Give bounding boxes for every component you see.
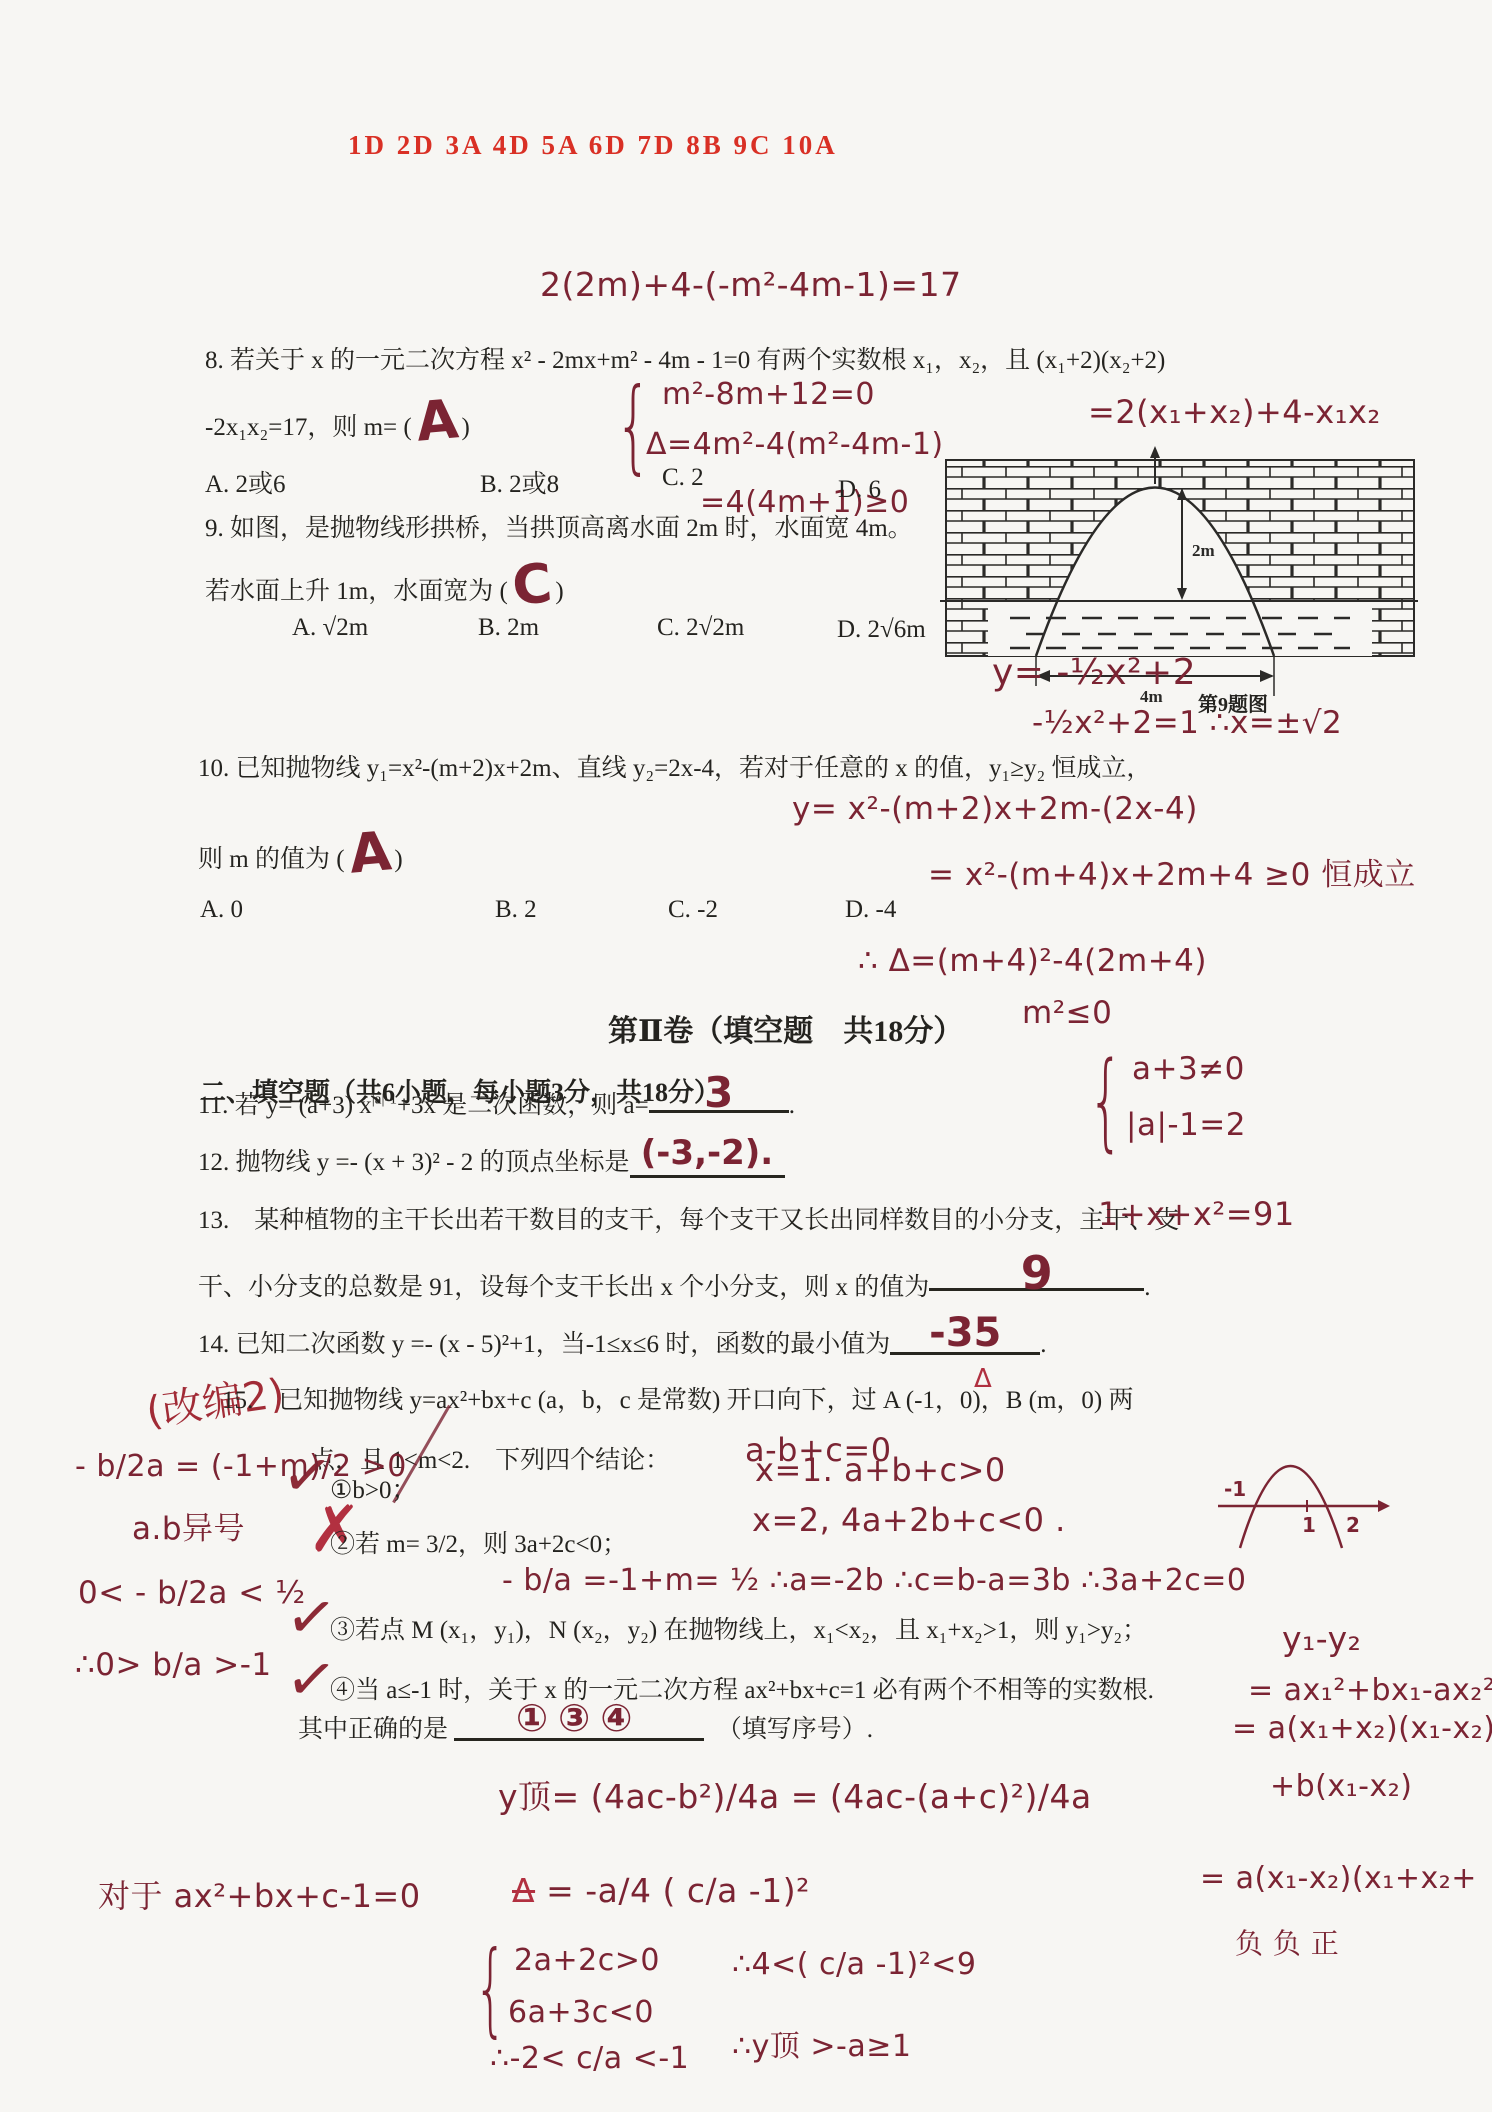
q8-option-d: D. 6	[838, 476, 881, 504]
q10-hw4: m²≤0	[1022, 996, 1112, 1032]
q15-hw-signs: 负 负 正	[1235, 1928, 1339, 1960]
q8-brace: {	[615, 366, 652, 485]
q11-post: .	[789, 1092, 795, 1119]
q15-hw-res3: ∴y顶 >-a≥1	[732, 2030, 911, 2065]
q15-hw-res1: ∴-2< c/a <-1	[490, 2042, 689, 2077]
q15-conclusion-post: （填写序号）.	[717, 1716, 873, 1743]
q14-line: 14. 已知二次函数 y =- (x - 5)²+1，当-1≤x≤6 时，函数的…	[198, 1322, 1047, 1360]
q9-hw-sum: =2(x₁+x₂)+4-x₁x₂	[1088, 394, 1381, 431]
q15-item-3: ③若点 M (x₁，y₁)，N (x₂，y₂) 在抛物线上，x₁<x₂，且 x₁…	[330, 1610, 1147, 1646]
q9-line2-pre: 若水面上升 1m，水面宽为 (	[205, 578, 508, 605]
q12-line: 12. 抛物线 y =- (x + 3)² - 2 的顶点坐标是(-3,-2).	[198, 1142, 785, 1178]
q8-line1: 8. 若关于 x 的一元二次方程 x² - 2mx+m² - 4m - 1=0 …	[205, 340, 1165, 376]
q11-blank: 3	[649, 1080, 789, 1113]
q15-conclusion-blank: ①③④	[454, 1708, 704, 1741]
q10-hw2: = x²-(m+4)x+2m+4 ≥0 恒成立	[928, 858, 1416, 894]
q10-option-b: B. 2	[495, 896, 537, 924]
q15-item-4: ④当 a≤-1 时，关于 x 的一元二次方程 ax²+bx+c=1 必有两个不相…	[330, 1670, 1154, 1706]
q11-mid: +3x 是二次函数，则 a=	[397, 1092, 649, 1119]
q14-blank: -35	[890, 1322, 1040, 1355]
q10-option-d: D. -4	[845, 896, 896, 924]
q8-option-b: B. 2或8	[480, 464, 559, 500]
q15-brace: {	[474, 1932, 507, 2049]
q11-brace: {	[1088, 1040, 1124, 1164]
q11-hw-cond1: a+3≠0	[1132, 1052, 1245, 1088]
q14-post: .	[1040, 1331, 1046, 1358]
q13-line1: 13. 某种植物的主干长出若干数目的支干，每个支干又长出同样数目的小分支，主干、…	[198, 1200, 1179, 1236]
q11-exponent: |a|-1	[372, 1092, 397, 1108]
q8-option-a: A. 2或6	[205, 464, 286, 500]
q10-option-c: C. -2	[668, 896, 718, 924]
q15-conclusion: 其中正确的是 ①③④ （填写序号）.	[298, 1708, 873, 1745]
q10-line2-post: )	[394, 846, 402, 873]
q9-option-b: B. 2m	[478, 614, 539, 642]
q14-handwritten-answer: -35	[929, 1310, 1001, 1356]
sketch-label-1: 1	[1302, 1513, 1316, 1537]
q9-option-c: C. 2√2m	[657, 614, 744, 642]
q15-hw-vertex: y顶= (4ac-b²)/4a = (4ac-(a+c)²)/4a	[498, 1778, 1092, 1816]
q9-option-d: D. 2√6m	[837, 616, 926, 644]
q9-line2: 若水面上升 1m，水面宽为 (C)	[205, 562, 564, 607]
q9-hw-equation: y= -½x²+2	[992, 652, 1196, 693]
q13-handwritten-answer: 9	[1021, 1246, 1053, 1300]
sketch-label-2: 2	[1346, 1513, 1360, 1537]
q8-handwritten-answer: A	[415, 400, 460, 441]
q15-margin-hw3: 0< - b/2a < ½	[78, 1576, 306, 1612]
q15-hw-expand4: = a(x₁-x₂)(x₁+x₂+	[1200, 1862, 1477, 1897]
q11-handwritten-answer: 3	[704, 1068, 733, 1117]
q13-line2-text: 干、小分支的总数是 91，设每个支干长出 x 个小分支，则 x 的值为	[198, 1274, 929, 1301]
q15-margin-hw4: ∴0> b/a >-1	[75, 1648, 272, 1684]
exam-scan-page: 1D 2D 3A 4D 5A 6D 7D 8B 9C 10A 2(2m)+4-(…	[0, 0, 1492, 2112]
q8-hw-sys1: m²-8m+12=0	[662, 378, 875, 413]
q10-hw3: ∴ Δ=(m+4)²-4(2m+4)	[858, 944, 1207, 980]
q13-blank: 9	[929, 1258, 1144, 1291]
q11-hw-cond2: |a|-1=2	[1126, 1108, 1246, 1144]
q10-option-a: A. 0	[200, 896, 243, 924]
q8-option-c: C. 2	[662, 464, 704, 492]
q15-hw-delta-symbol: Δ	[512, 1871, 535, 1910]
q15-hw-sys-bottom: 6a+3c<0	[508, 1996, 654, 2031]
q15-hw-x2: x=2, 4a+2b+c<0 .	[752, 1502, 1066, 1539]
q12-pre: 12. 抛物线 y =- (x + 3)² - 2 的顶点坐标是	[198, 1149, 630, 1176]
q8-line2-pre: -2x₁x₂=17，则 m= (	[205, 414, 412, 441]
q15-hw-delta: Δ = -a/4 ( c/a -1)²	[512, 1872, 810, 1910]
q9-handwritten-answer: C	[511, 564, 554, 605]
q12-blank: (-3,-2).	[630, 1145, 785, 1178]
q13-line2: 干、小分支的总数是 91，设每个支干长出 x 个小分支，则 x 的值为9.	[198, 1258, 1151, 1303]
sketch-label-minus1: -1	[1224, 1477, 1246, 1501]
answer-key: 1D 2D 3A 4D 5A 6D 7D 8B 9C 10A	[348, 130, 838, 161]
q15-hw-for: 对于 ax²+bx+c-1=0	[98, 1878, 421, 1915]
q9-line1: 9. 如图，是抛物线形拱桥，当拱顶高离水面 2m 时，水面宽 4m。	[205, 508, 913, 544]
q8-hw-sys2: Δ=4m²-4(m²-4m-1)	[646, 428, 944, 463]
q15-hw-res2: ∴4<( c/a -1)²<9	[732, 1948, 976, 1983]
q15-margin-hw1: - b/2a = (-1+m)/2 >0	[75, 1450, 407, 1485]
q8-line2: -2x₁x₂=17，则 m= (A)	[205, 398, 470, 443]
q15-margin-hw2: a.b异号	[132, 1512, 245, 1548]
q9-line2-post: )	[555, 578, 563, 605]
q12-handwritten-answer: (-3,-2).	[641, 1133, 773, 1173]
q15-hw-root-line: - b/a =-1+m= ½ ∴a=-2b ∴c=b-a=3b ∴3a+2c=0	[502, 1564, 1247, 1599]
q15-hw-x1: x=1. a+b+c>0	[755, 1452, 1006, 1489]
q10-line2: 则 m 的值为 (A)	[198, 830, 403, 875]
height-label: 2m	[1192, 541, 1215, 560]
q15-hw-y12: y₁-y₂	[1282, 1620, 1361, 1658]
q10-line1: 10. 已知抛物线 y₁=x²-(m+2)x+2m、直线 y₂=2x-4，若对于…	[198, 748, 1151, 784]
q15-hw-expand1: = ax₁²+bx₁-ax₂²	[1248, 1674, 1492, 1709]
q15-conclusion-pre: 其中正确的是	[298, 1716, 448, 1743]
parabola-sketch: -1 1 2	[1212, 1444, 1392, 1559]
q11-pre: 11. 若 y= (a+3) x	[198, 1092, 372, 1119]
q9-hw-solve: -½x²+2=1 ∴x=±√2	[1032, 706, 1342, 742]
q10-handwritten-answer: A	[347, 832, 392, 873]
q10-line2-pre: 则 m 的值为 (	[198, 846, 345, 873]
q15-hw-delta-rest: = -a/4 ( c/a -1)²	[546, 1871, 810, 1910]
sketch-axis-arrow	[1378, 1500, 1390, 1512]
q10-hw1: y= x²-(m+2)x+2m-(2x-4)	[792, 792, 1198, 828]
q15-hw-expand2: = a(x₁+x₂)(x₁-x₂)	[1232, 1712, 1492, 1747]
q15-line1: 15. 已知抛物线 y=ax²+bx+c (a，b，c 是常数) 开口向下，过 …	[222, 1380, 1134, 1416]
q11-line: 11. 若 y= (a+3) x|a|-1+3x 是二次函数，则 a=3.	[198, 1080, 795, 1121]
q9-option-a: A. √2m	[292, 614, 368, 642]
q15-handwritten-answer: ①③④	[516, 1696, 643, 1740]
section2-title: 第Ⅱ卷（填空题 共18分）	[608, 1006, 963, 1050]
q8-handwritten-expansion: 2(2m)+4-(-m²-4m-1)=17	[540, 266, 962, 304]
q14-pre: 14. 已知二次函数 y =- (x - 5)²+1，当-1≤x≤6 时，函数的…	[198, 1331, 890, 1358]
q8-line2-post: )	[462, 414, 470, 441]
q15-hw-expand3: +b(x₁-x₂)	[1270, 1770, 1412, 1805]
apex-arrow-head	[1150, 446, 1160, 458]
width-arrow-head-right	[1260, 670, 1274, 682]
q13-post: .	[1144, 1274, 1150, 1301]
q15-item-2: ②若 m= 3/2，则 3a+2c<0；	[330, 1524, 627, 1560]
q15-hw-sys-top: 2a+2c>0	[514, 1944, 660, 1979]
